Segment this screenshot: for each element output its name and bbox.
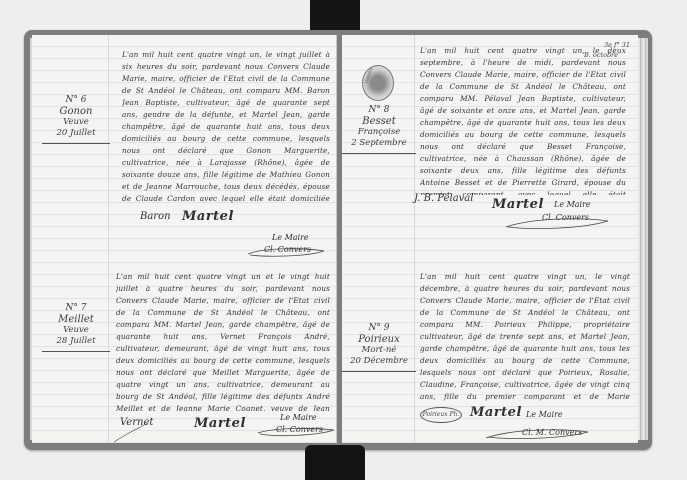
signature-flourish bbox=[246, 245, 326, 259]
entry-date: 28 Juillet bbox=[42, 336, 110, 347]
page-edges-right bbox=[638, 38, 648, 440]
deceased-name: Besset bbox=[342, 116, 416, 127]
left-page: N° 6 Gonon Veuve 20 Juillet L'an mil hui… bbox=[32, 35, 337, 443]
signature-witness-2: Martel bbox=[492, 197, 544, 212]
signature-flourish bbox=[256, 425, 336, 439]
binding-clip-bottom bbox=[305, 445, 365, 480]
binding-clip-top bbox=[310, 0, 360, 33]
margin-rule bbox=[42, 143, 110, 144]
margin-note-entry-9: N° 9 Poirieux Mort-né 20 Décembre bbox=[342, 323, 416, 372]
entry-number: N° 6 bbox=[42, 95, 110, 106]
entry-date: 20 Décembre bbox=[342, 356, 416, 367]
entry-7-text: L'an mil huit cent quatre vingt un et le… bbox=[116, 271, 330, 411]
deceased-name: Poirieux bbox=[342, 334, 416, 345]
entry-number: N° 7 bbox=[42, 303, 110, 314]
mayor-label: Le Maire bbox=[272, 233, 309, 242]
mayor-label: Le Maire bbox=[280, 413, 317, 422]
margin-note-entry-6: N° 6 Gonon Veuve 20 Juillet bbox=[42, 95, 110, 144]
deceased-name: Meillet bbox=[42, 314, 110, 325]
margin-line bbox=[414, 35, 415, 443]
signature-witness-1: J. B. Pélaval bbox=[414, 193, 473, 204]
register-book: N° 6 Gonon Veuve 20 Juillet L'an mil hui… bbox=[24, 30, 652, 450]
deceased-qualifier: Veuve bbox=[42, 325, 110, 336]
deceased-qualifier: Mort-né bbox=[342, 345, 416, 356]
entry-8-text: L'an mil huit cent quatre vingt un, le d… bbox=[420, 45, 626, 195]
entry-number: N° 9 bbox=[342, 323, 416, 334]
entry-number: N° 8 bbox=[342, 105, 416, 116]
deceased-qualifier: Veuve bbox=[42, 117, 110, 128]
entry-6-text: L'an mil huit cent quatre vingt un, le v… bbox=[122, 49, 330, 207]
mayor-label: Le Maire bbox=[526, 410, 563, 419]
margin-rule bbox=[342, 371, 416, 372]
margin-note-entry-8: N° 8 Besset Françoise 2 Septembre bbox=[342, 105, 416, 154]
margin-rule bbox=[42, 351, 110, 352]
mayor-label: Le Maire bbox=[554, 200, 591, 209]
margin-note-entry-7: N° 7 Meillet Veuve 28 Juillet bbox=[42, 303, 110, 352]
signature-witness-2: Martel bbox=[194, 416, 246, 431]
entry-9-text: L'an mil huit cent quatre vingt un, le v… bbox=[420, 271, 630, 405]
signature-witness-1: Poirieux Ph. bbox=[420, 407, 462, 423]
signature-flourish bbox=[112, 421, 152, 443]
entry-date: 20 Juillet bbox=[42, 128, 110, 139]
deceased-name: Gonon bbox=[42, 106, 110, 117]
signature-witness-2: Martel bbox=[182, 209, 234, 224]
entry-date: 2 Septembre bbox=[342, 138, 416, 149]
signature-flourish bbox=[482, 427, 592, 441]
right-page: 3e f° 31 B. octobre TIMBRE N° 8 Besset F… bbox=[342, 35, 638, 443]
margin-rule bbox=[342, 153, 416, 154]
signature-flourish bbox=[502, 215, 612, 231]
deceased-qualifier: Françoise bbox=[342, 127, 416, 138]
signature-witness-1: Baron bbox=[140, 211, 171, 222]
signature-witness-2: Martel bbox=[470, 405, 522, 420]
